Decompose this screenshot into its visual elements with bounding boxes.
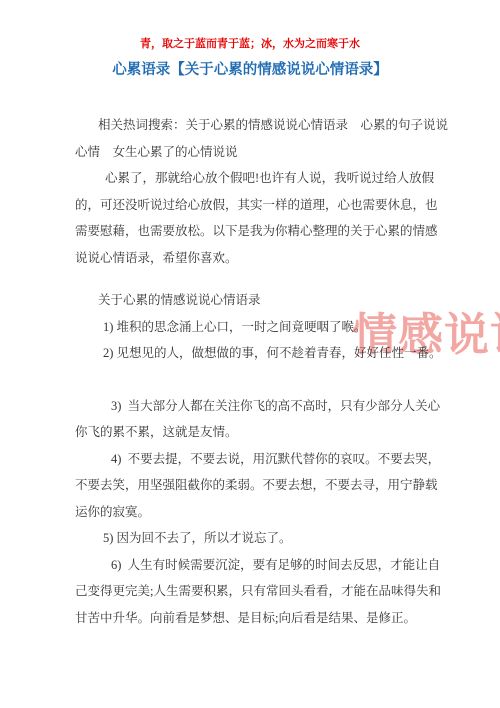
motto-line: 青，取之于蓝而青于蓝；冰，水为之而寒于水 — [75, 31, 425, 57]
keywords-line-2: 心情 女生心累了的心情说说 — [75, 139, 425, 166]
document-content: 青，取之于蓝而青于蓝；冰，水为之而寒于水 心累语录【关于心累的情感说说心情语录】… — [0, 0, 500, 631]
quote-item-5: 5) 因为回不去了，所以才说忘了。 — [75, 525, 425, 552]
opening-line-2: 的，可还没听说过给心放假，其实一样的道理，心也需要休息，也 — [75, 192, 425, 219]
quote-item-6-line-1: 6) 人生有时候需要沉淀，要有足够的时间去反思，才能让自 — [75, 552, 425, 579]
document-page: 情感说说 青，取之于蓝而青于蓝；冰，水为之而寒于水 心累语录【关于心累的情感说说… — [0, 0, 500, 708]
quote-item-4-line-3: 运你的寂寞。 — [75, 499, 425, 526]
opening-line-3: 需要慰藉，也需要放松。以下是我为你精心整理的关于心累的情感 — [75, 218, 425, 245]
quote-item-6-line-2: 己变得更完美;人生需要积累，只有常回头看看，才能在品味得失和 — [75, 578, 425, 605]
quote-item-3-line-1: 3) 当大部分人都在关注你飞的高不高时，只有少部分人关心 — [75, 393, 425, 420]
quote-item-2: 2) 见想见的人，做想做的事，何不趁着青春，好好任性一番。 — [75, 340, 425, 367]
quote-item-1: 1) 堆积的思念涌上心口，一时之间竟哽咽了喉。 — [75, 314, 425, 341]
quote-item-4-line-2: 不要去笑，用坚强阻截你的柔弱。不要去想，不要去寻，用宁静载 — [75, 472, 425, 499]
opening-line-4: 说说心情语录，希望你喜欢。 — [75, 245, 425, 272]
quote-item-6-line-3: 甘苦中升华。向前看是梦想、是目标;向后看是结果、是修正。 — [75, 605, 425, 632]
page-title: 心累语录【关于心累的情感说说心情语录】 — [75, 57, 425, 84]
quote-item-4-line-1: 4) 不要去提，不要去说，用沉默代替你的哀叹。不要去哭， — [75, 446, 425, 473]
opening-line-1: 心累了，那就给心放个假吧!也许有人说，我听说过给人放假 — [75, 165, 425, 192]
keywords-line-1: 相关热词搜索：关于心累的情感说说心情语录 心累的句子说说 — [75, 112, 425, 139]
quote-item-3-line-2: 你飞的累不累，这就是友情。 — [75, 419, 425, 446]
section-heading: 关于心累的情感说说心情语录 — [75, 287, 425, 314]
